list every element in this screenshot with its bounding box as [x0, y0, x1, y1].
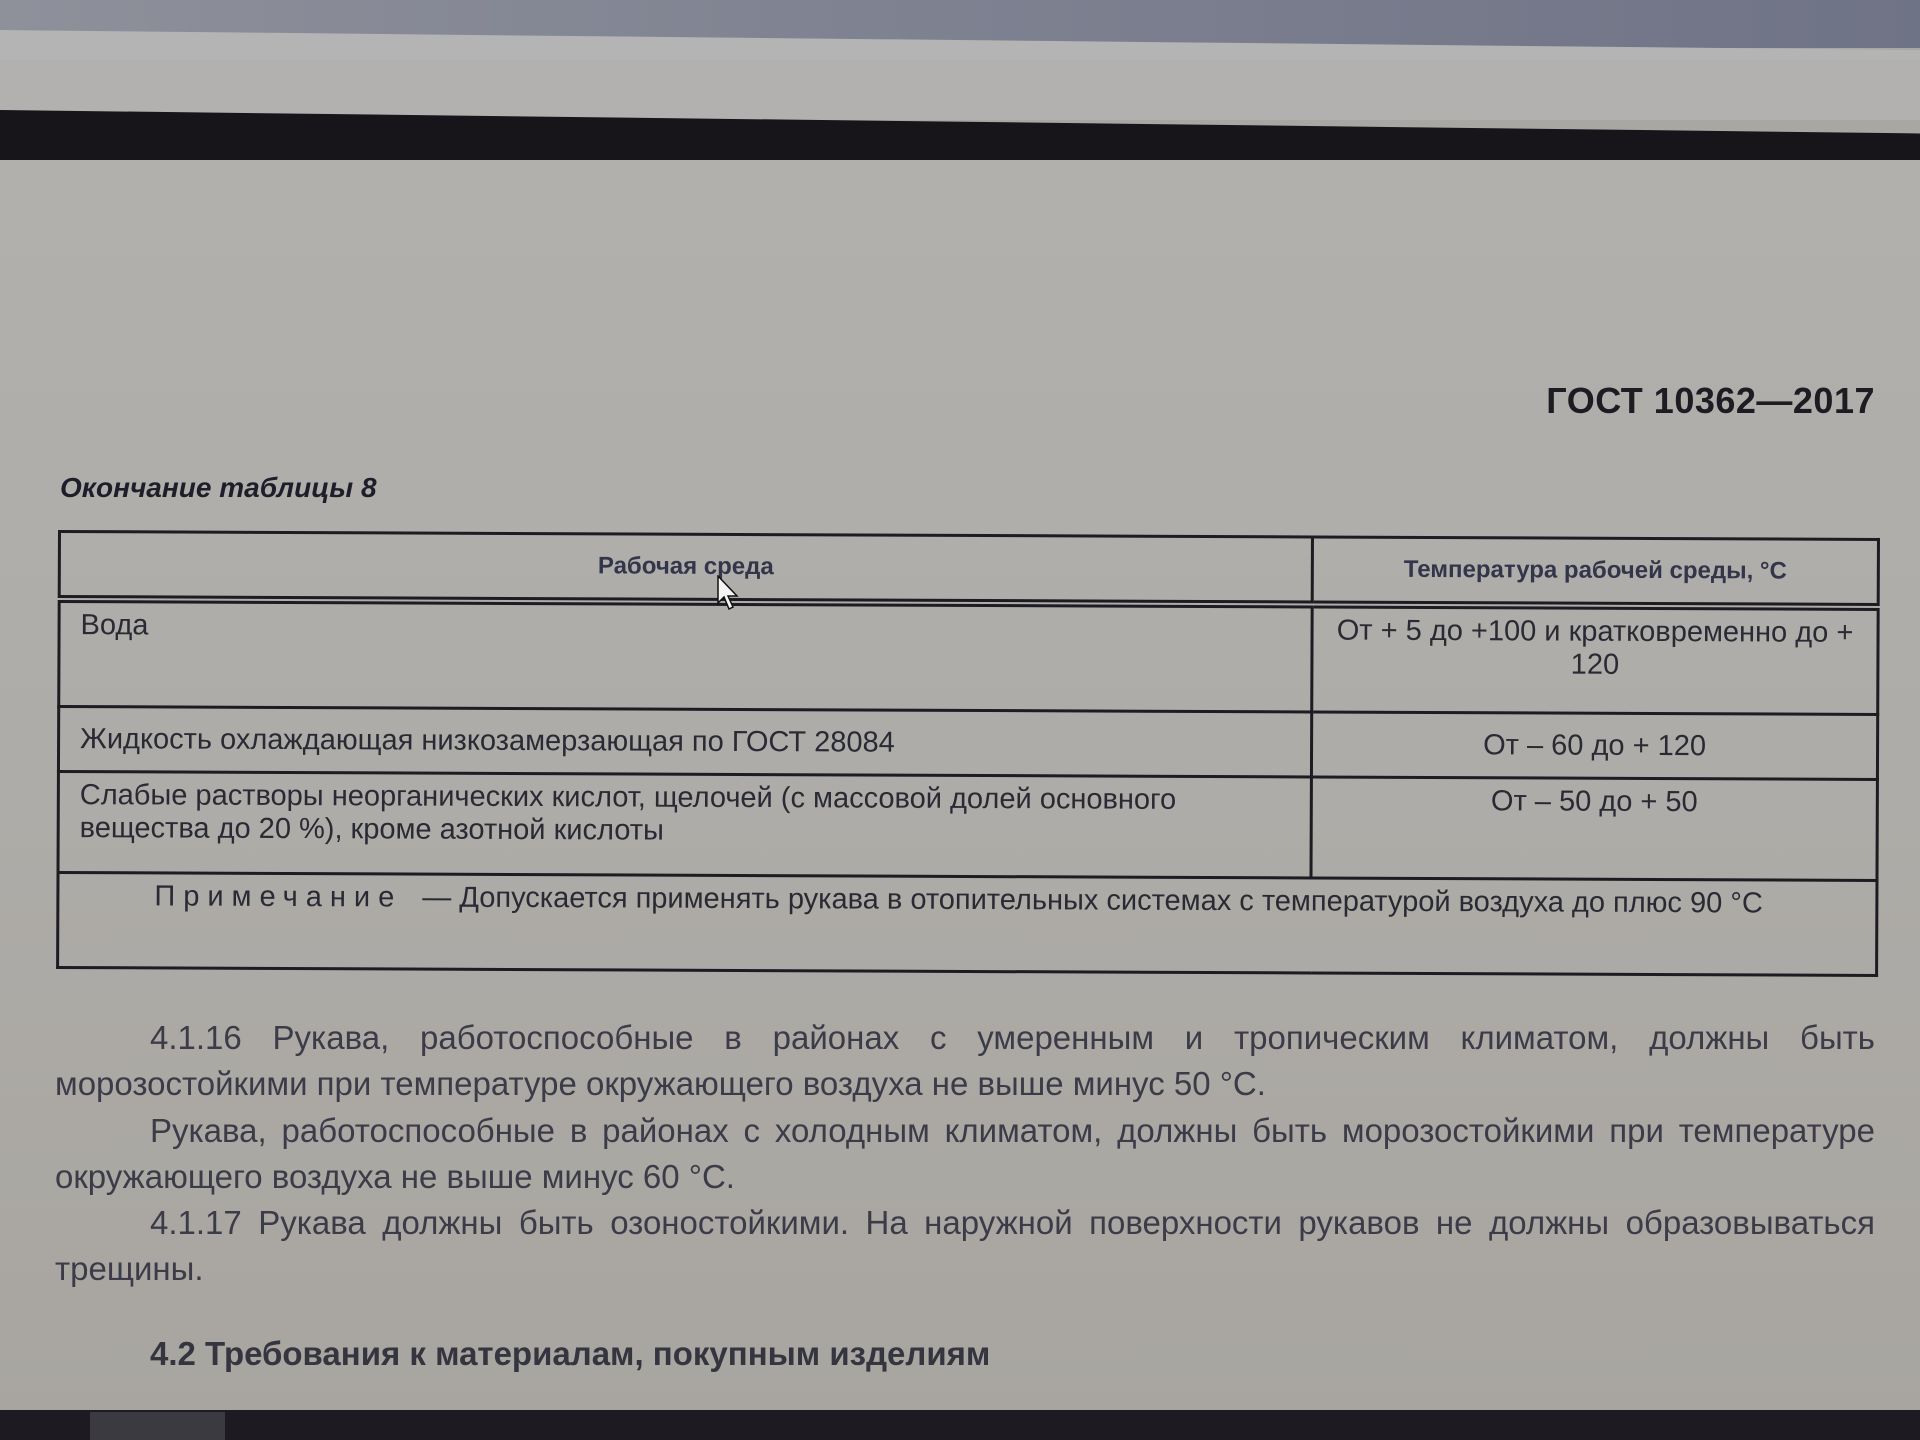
viewer-header-band — [0, 60, 1920, 120]
document-code: ГОСТ 10362—2017 — [1546, 380, 1875, 422]
cell-medium: Слабые растворы неорганических кислот, щ… — [58, 772, 1311, 878]
header-medium: Рабочая среда — [59, 532, 1312, 605]
temperature-table: Рабочая среда Температура рабочей среды,… — [56, 530, 1880, 977]
table-header-row: Рабочая среда Температура рабочей среды,… — [59, 532, 1878, 607]
table-row: Слабые растворы неорганических кислот, щ… — [58, 772, 1877, 881]
taskbar-start-button[interactable] — [90, 1412, 225, 1440]
table-row: Жидкость охлаждающая низкозамерзающая по… — [58, 707, 1877, 780]
paragraph-4-1-17: 4.1.17 Рукава должны быть озоностойкими.… — [55, 1200, 1875, 1292]
cell-temperature: От + 5 до +100 и кратковременно до + 120 — [1312, 604, 1878, 714]
section-heading: 4.2 Требования к материалам, покупным из… — [150, 1335, 990, 1373]
cell-temperature: От – 50 до + 50 — [1311, 777, 1877, 880]
cell-medium: Жидкость охлаждающая низкозамерзающая по… — [58, 707, 1311, 777]
note-label: Примечание — [154, 880, 402, 913]
cell-temperature: От – 60 до + 120 — [1311, 712, 1877, 779]
table-note: Примечание— Допускается применять рукава… — [58, 873, 1877, 976]
taskbar — [0, 1410, 1920, 1440]
paragraph-cold-climate: Рукава, работоспособные в районах с холо… — [55, 1108, 1875, 1200]
table-caption: Окончание таблицы 8 — [60, 472, 377, 504]
table-row: Вода От + 5 до +100 и кратковременно до … — [59, 599, 1878, 714]
mouse-cursor-icon — [717, 575, 741, 611]
table-note-row: Примечание— Допускается применять рукава… — [58, 873, 1877, 976]
paragraph-4-1-16: 4.1.16 Рукава, работоспособные в районах… — [55, 1015, 1875, 1107]
cell-medium: Вода — [59, 599, 1312, 712]
header-temperature: Температура рабочей среды, °С — [1312, 537, 1878, 607]
note-text: — Допускается применять рукава в отопите… — [422, 882, 1763, 920]
